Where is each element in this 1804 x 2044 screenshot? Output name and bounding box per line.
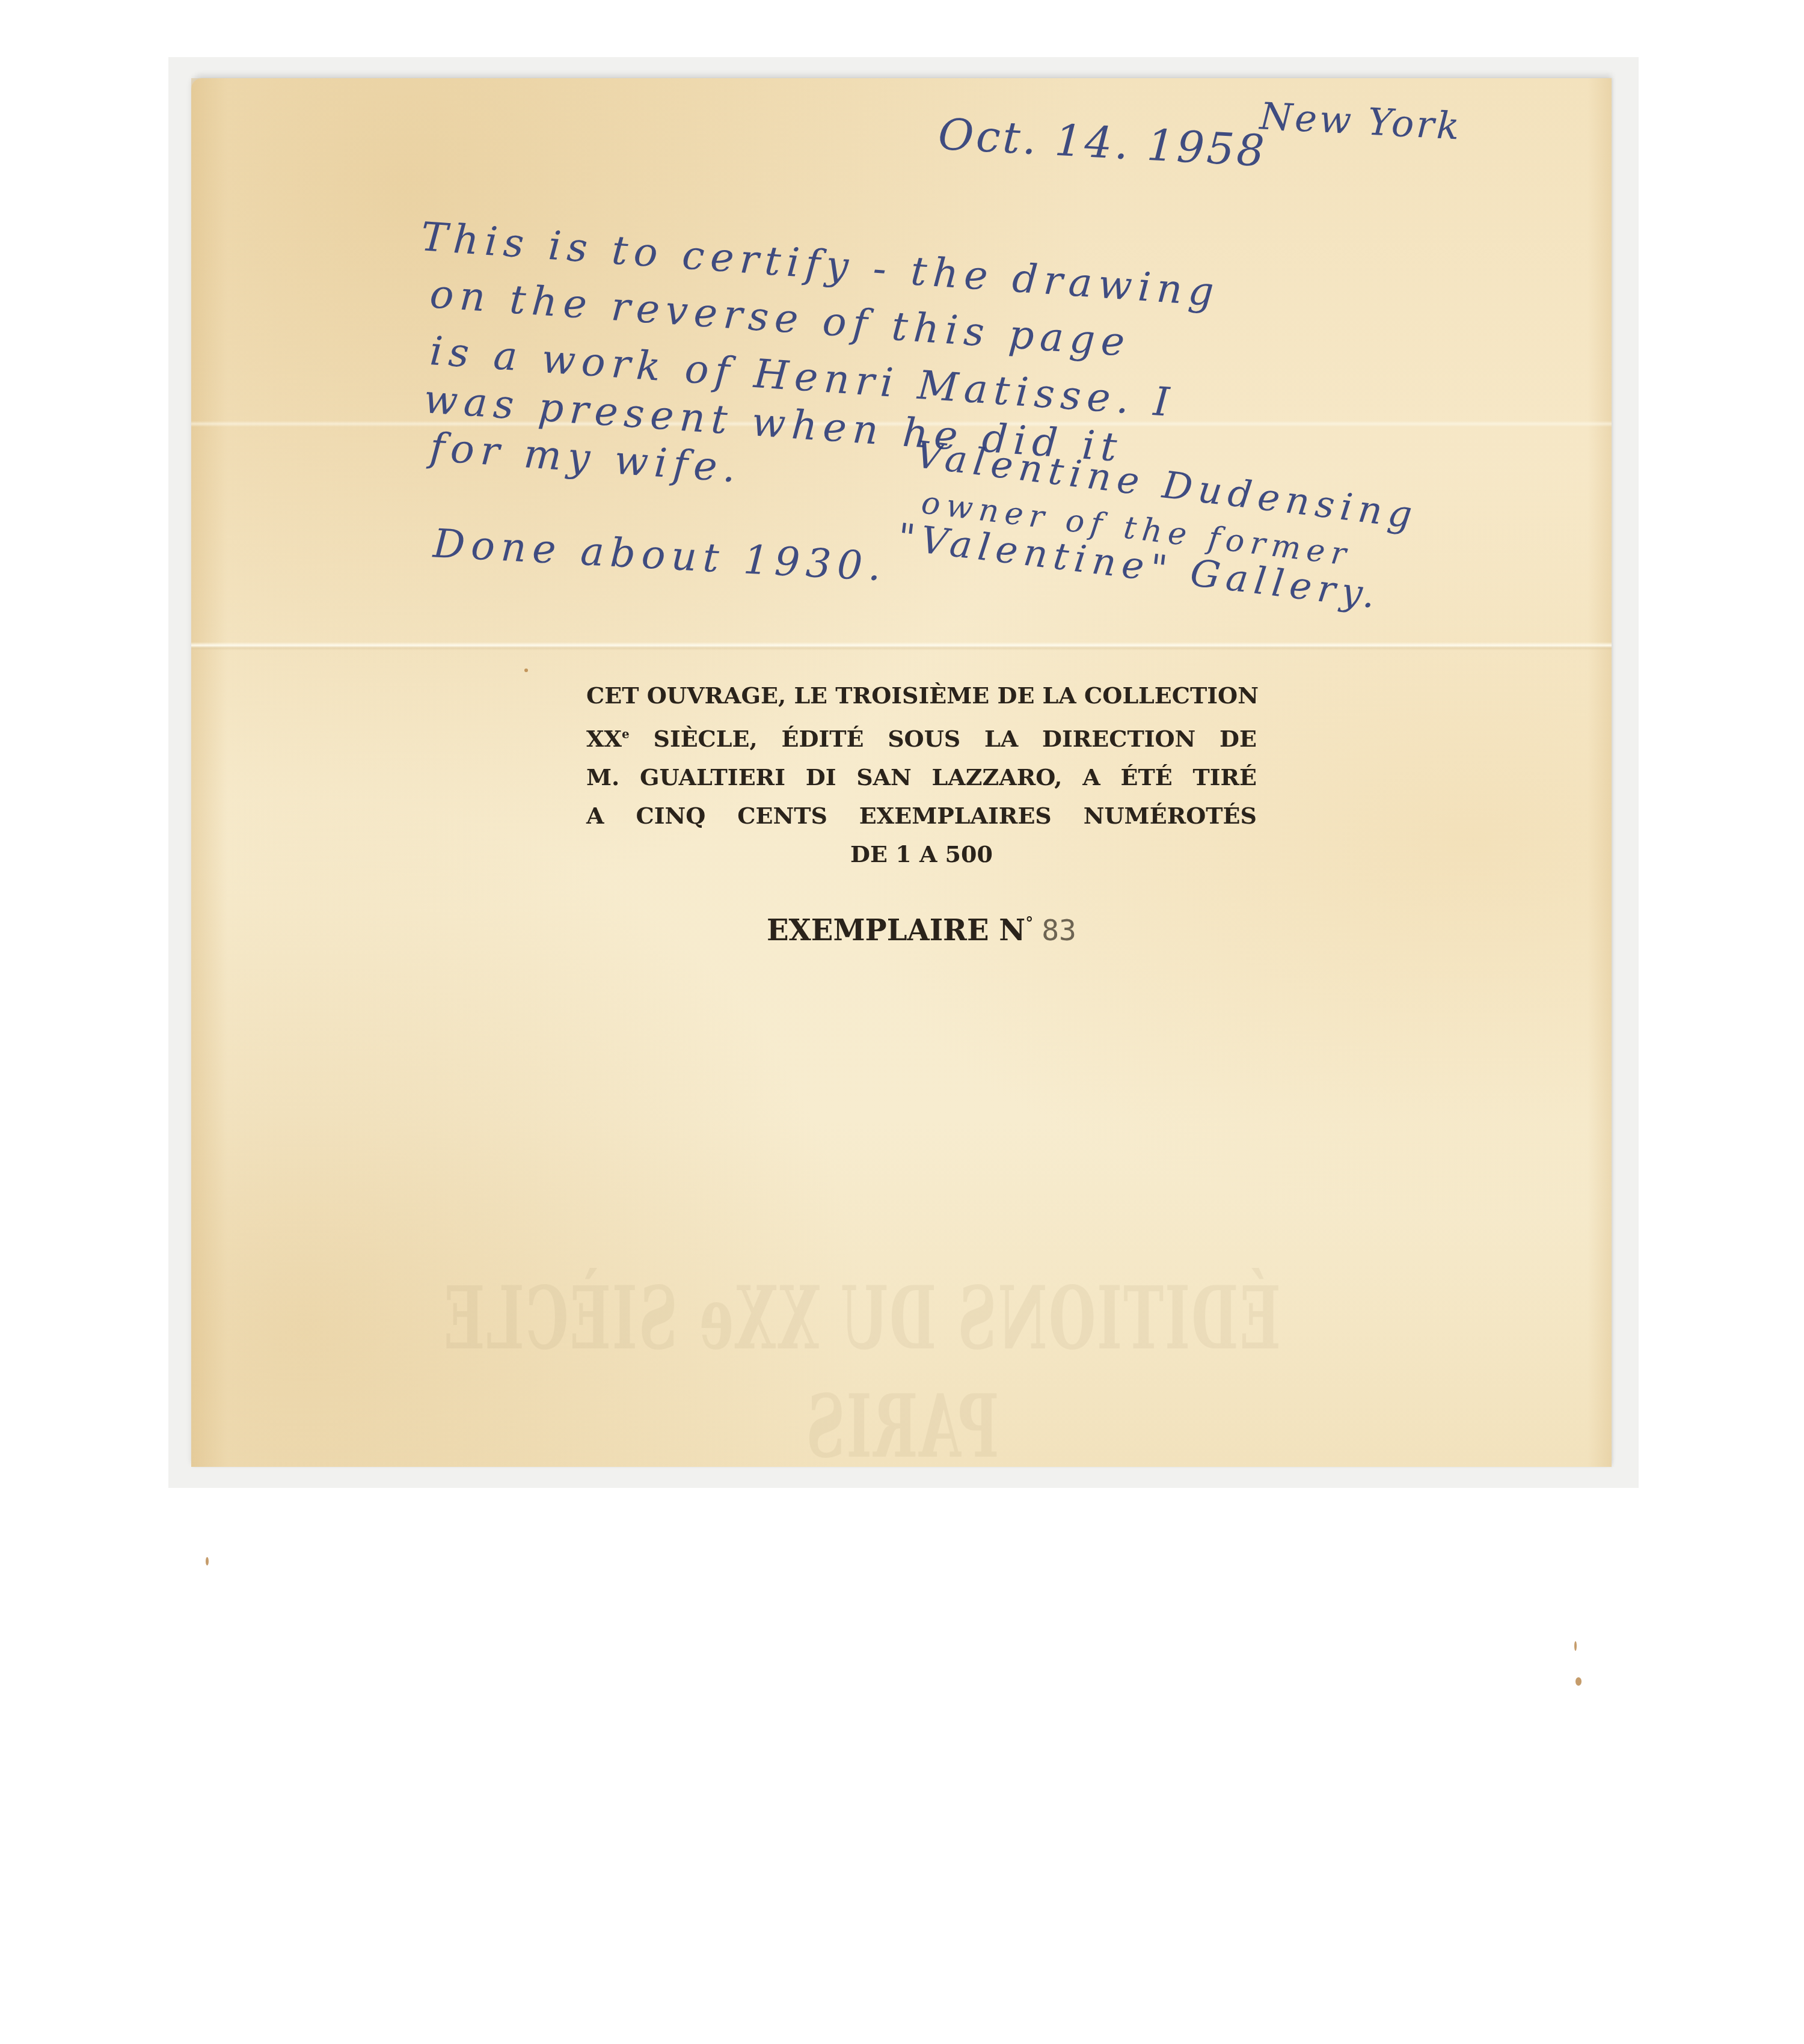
century-prefix: XX [586,725,622,752]
colophon-line: DE 1 A 500 [586,835,1257,874]
bleed-through-text: PARIS [523,1375,1281,1478]
copy-number-degree: ° [1025,914,1033,932]
foxing-spot [1575,1677,1582,1686]
colophon-text: CET OUVRAGE, LE TROISIÈME DE LA COLLECTI… [586,676,1257,874]
fold-crease [191,642,1612,650]
foxing-spot [1574,1641,1577,1651]
colophon-line-rest: SIÈCLE, ÉDITÉ SOUS LA DIRECTION DE [653,725,1257,752]
colophon-line: CET OUVRAGE, LE TROISIÈME DE LA COLLECTI… [586,676,1257,715]
colophon-line: M. GUALTIERI DI SAN LAZZARO, A ÉTÉ TIRÉ [586,758,1257,797]
century-superscript: e [622,727,630,741]
copy-number-value: 83 [1042,914,1076,947]
copy-number-line: EXEMPLAIRE N°83 [586,914,1257,947]
colophon-line: A CINQ CENTS EXEMPLAIRES NUMÉROTÉS [586,797,1257,835]
foxing-spot [206,1557,209,1565]
bleed-through-text: ÉDITIONS DU XXe SIÈCLE [523,1267,1281,1369]
colophon-line: XXe SIÈCLE, ÉDITÉ SOUS LA DIRECTION DE [586,715,1257,758]
copy-number-label: EXEMPLAIRE N [767,914,1025,947]
foxing-spot [524,669,528,672]
